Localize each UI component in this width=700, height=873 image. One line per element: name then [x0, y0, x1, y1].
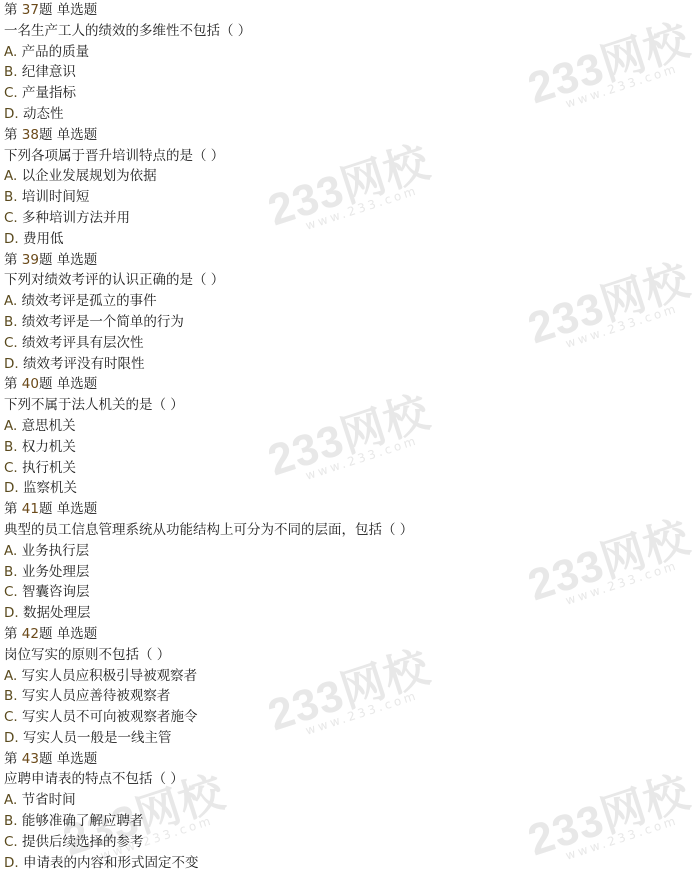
- option-text: 权力机关: [22, 439, 76, 455]
- question-prefix: 第: [4, 127, 18, 143]
- answer-option[interactable]: C. 执行机关: [4, 458, 694, 479]
- question-type: 单选题: [57, 626, 98, 642]
- question-header: 第 43题 单选题: [4, 749, 694, 770]
- option-key: C.: [4, 584, 18, 600]
- answer-option[interactable]: B. 写实人员应善待被观察者: [4, 686, 694, 707]
- option-key: D.: [4, 855, 19, 871]
- question-stem: 典型的员工信息管理系统从功能结构上可分为不同的层面，包括（ ）: [4, 520, 694, 541]
- answer-option[interactable]: A. 写实人员应积极引导被观察者: [4, 666, 694, 687]
- question-header: 第 42题 单选题: [4, 624, 694, 645]
- question-suffix: 题: [39, 501, 53, 517]
- answer-option[interactable]: C. 多种培训方法并用: [4, 208, 694, 229]
- answer-option[interactable]: A. 产品的质量: [4, 42, 694, 63]
- option-key: D.: [4, 106, 19, 122]
- answer-option[interactable]: C. 写实人员不可向被观察者施令: [4, 707, 694, 728]
- answer-option[interactable]: D. 动态性: [4, 104, 694, 125]
- answer-option[interactable]: C. 提供后续选择的参考: [4, 832, 694, 853]
- answer-option[interactable]: D. 申请表的内容和形式固定不变: [4, 853, 694, 873]
- question-suffix: 题: [39, 2, 53, 18]
- option-text: 数据处理层: [23, 605, 91, 621]
- option-key: B.: [4, 189, 18, 205]
- question-type: 单选题: [57, 501, 98, 517]
- option-key: D.: [4, 730, 19, 746]
- option-key: C.: [4, 709, 18, 725]
- question-prefix: 第: [4, 501, 18, 517]
- option-key: B.: [4, 314, 18, 330]
- question-number: 40: [22, 376, 39, 392]
- question-stem: 下列不属于法人机关的是（ ）: [4, 395, 694, 416]
- option-text: 绩效考评是一个简单的行为: [22, 314, 184, 330]
- option-key: C.: [4, 834, 18, 850]
- answer-option[interactable]: A. 业务执行层: [4, 541, 694, 562]
- answer-option[interactable]: B. 权力机关: [4, 437, 694, 458]
- answer-option[interactable]: D. 费用低: [4, 229, 694, 250]
- option-text: 产量指标: [22, 85, 76, 101]
- option-text: 绩效考评是孤立的事件: [22, 293, 157, 309]
- answer-option[interactable]: D. 数据处理层: [4, 603, 694, 624]
- answer-option[interactable]: D. 写实人员一般是一线主管: [4, 728, 694, 749]
- question-block: 第 43题 单选题应聘申请表的特点不包括（ ）A. 节省时间B. 能够准确了解应…: [4, 749, 694, 873]
- option-text: 绩效考评没有时限性: [23, 356, 145, 372]
- question-suffix: 题: [39, 252, 53, 268]
- option-key: C.: [4, 210, 18, 226]
- option-text: 写实人员一般是一线主管: [23, 730, 172, 746]
- option-key: B.: [4, 813, 18, 829]
- question-block: 第 39题 单选题下列对绩效考评的认识正确的是（ ）A. 绩效考评是孤立的事件B…: [4, 250, 694, 375]
- question-suffix: 题: [39, 376, 53, 392]
- option-key: A.: [4, 418, 17, 434]
- option-key: B.: [4, 64, 18, 80]
- option-text: 业务处理层: [22, 564, 90, 580]
- question-prefix: 第: [4, 252, 18, 268]
- question-type: 单选题: [57, 376, 98, 392]
- option-text: 写实人员不可向被观察者施令: [22, 709, 198, 725]
- question-type: 单选题: [57, 252, 98, 268]
- answer-option[interactable]: B. 培训时间短: [4, 187, 694, 208]
- question-prefix: 第: [4, 751, 18, 767]
- option-key: D.: [4, 605, 19, 621]
- question-block: 第 42题 单选题岗位写实的原则不包括（ ）A. 写实人员应积极引导被观察者B.…: [4, 624, 694, 749]
- question-suffix: 题: [39, 751, 53, 767]
- question-number: 39: [22, 252, 39, 268]
- answer-option[interactable]: B. 纪律意识: [4, 62, 694, 83]
- option-text: 产品的质量: [22, 44, 90, 60]
- answer-option[interactable]: A. 以企业发展规划为依据: [4, 166, 694, 187]
- question-stem: 一名生产工人的绩效的多维性不包括（ ）: [4, 21, 694, 42]
- answer-option[interactable]: B. 能够准确了解应聘者: [4, 811, 694, 832]
- option-key: A.: [4, 792, 17, 808]
- option-text: 申请表的内容和形式固定不变: [23, 855, 199, 871]
- answer-option[interactable]: D. 监察机关: [4, 478, 694, 499]
- question-block: 第 38题 单选题下列各项属于晋升培训特点的是（ ）A. 以企业发展规划为依据B…: [4, 125, 694, 250]
- option-text: 多种培训方法并用: [22, 210, 130, 226]
- option-key: A.: [4, 168, 17, 184]
- question-number: 37: [22, 2, 39, 18]
- question-number: 42: [22, 626, 39, 642]
- question-list: 第 37题 单选题一名生产工人的绩效的多维性不包括（ ）A. 产品的质量B. 纪…: [4, 0, 694, 873]
- question-stem: 下列各项属于晋升培训特点的是（ ）: [4, 146, 694, 167]
- option-text: 提供后续选择的参考: [22, 834, 144, 850]
- option-key: C.: [4, 460, 18, 476]
- option-key: B.: [4, 688, 18, 704]
- question-block: 第 37题 单选题一名生产工人的绩效的多维性不包括（ ）A. 产品的质量B. 纪…: [4, 0, 694, 125]
- question-type: 单选题: [57, 2, 98, 18]
- option-key: A.: [4, 293, 17, 309]
- option-key: B.: [4, 564, 18, 580]
- option-text: 监察机关: [23, 480, 77, 496]
- question-suffix: 题: [39, 127, 53, 143]
- question-block: 第 40题 单选题下列不属于法人机关的是（ ）A. 意思机关B. 权力机关C. …: [4, 374, 694, 499]
- option-text: 费用低: [23, 231, 64, 247]
- question-header: 第 39题 单选题: [4, 250, 694, 271]
- answer-option[interactable]: C. 智囊咨询层: [4, 582, 694, 603]
- question-number: 41: [22, 501, 39, 517]
- question-type: 单选题: [57, 127, 98, 143]
- question-header: 第 40题 单选题: [4, 374, 694, 395]
- question-number: 38: [22, 127, 39, 143]
- option-text: 写实人员应善待被观察者: [22, 688, 171, 704]
- option-key: D.: [4, 480, 19, 496]
- question-stem: 应聘申请表的特点不包括（ ）: [4, 769, 694, 790]
- question-prefix: 第: [4, 2, 18, 18]
- answer-option[interactable]: C. 绩效考评具有层次性: [4, 333, 694, 354]
- question-stem: 岗位写实的原则不包括（ ）: [4, 645, 694, 666]
- answer-option[interactable]: B. 业务处理层: [4, 562, 694, 583]
- option-text: 能够准确了解应聘者: [22, 813, 144, 829]
- option-key: B.: [4, 439, 18, 455]
- option-key: C.: [4, 85, 18, 101]
- question-suffix: 题: [39, 626, 53, 642]
- answer-option[interactable]: B. 绩效考评是一个简单的行为: [4, 312, 694, 333]
- answer-option[interactable]: A. 意思机关: [4, 416, 694, 437]
- question-number: 43: [22, 751, 39, 767]
- question-type: 单选题: [57, 751, 98, 767]
- question-block: 第 41题 单选题典型的员工信息管理系统从功能结构上可分为不同的层面，包括（ ）…: [4, 499, 694, 624]
- question-header: 第 38题 单选题: [4, 125, 694, 146]
- answer-option[interactable]: C. 产量指标: [4, 83, 694, 104]
- option-text: 纪律意识: [22, 64, 76, 80]
- option-key: A.: [4, 543, 17, 559]
- option-key: A.: [4, 44, 17, 60]
- option-key: A.: [4, 668, 17, 684]
- question-header: 第 41题 单选题: [4, 499, 694, 520]
- option-text: 绩效考评具有层次性: [22, 335, 144, 351]
- option-key: D.: [4, 231, 19, 247]
- option-key: C.: [4, 335, 18, 351]
- question-prefix: 第: [4, 626, 18, 642]
- option-text: 业务执行层: [22, 543, 90, 559]
- question-prefix: 第: [4, 376, 18, 392]
- option-text: 智囊咨询层: [22, 584, 90, 600]
- option-text: 动态性: [23, 106, 64, 122]
- answer-option[interactable]: D. 绩效考评没有时限性: [4, 354, 694, 375]
- option-text: 执行机关: [22, 460, 76, 476]
- option-text: 以企业发展规划为依据: [22, 168, 157, 184]
- option-text: 意思机关: [22, 418, 76, 434]
- question-header: 第 37题 单选题: [4, 0, 694, 21]
- option-key: D.: [4, 356, 19, 372]
- option-text: 节省时间: [22, 792, 76, 808]
- option-text: 培训时间短: [22, 189, 90, 205]
- answer-option[interactable]: A. 绩效考评是孤立的事件: [4, 291, 694, 312]
- question-stem: 下列对绩效考评的认识正确的是（ ）: [4, 270, 694, 291]
- answer-option[interactable]: A. 节省时间: [4, 790, 694, 811]
- option-text: 写实人员应积极引导被观察者: [22, 668, 198, 684]
